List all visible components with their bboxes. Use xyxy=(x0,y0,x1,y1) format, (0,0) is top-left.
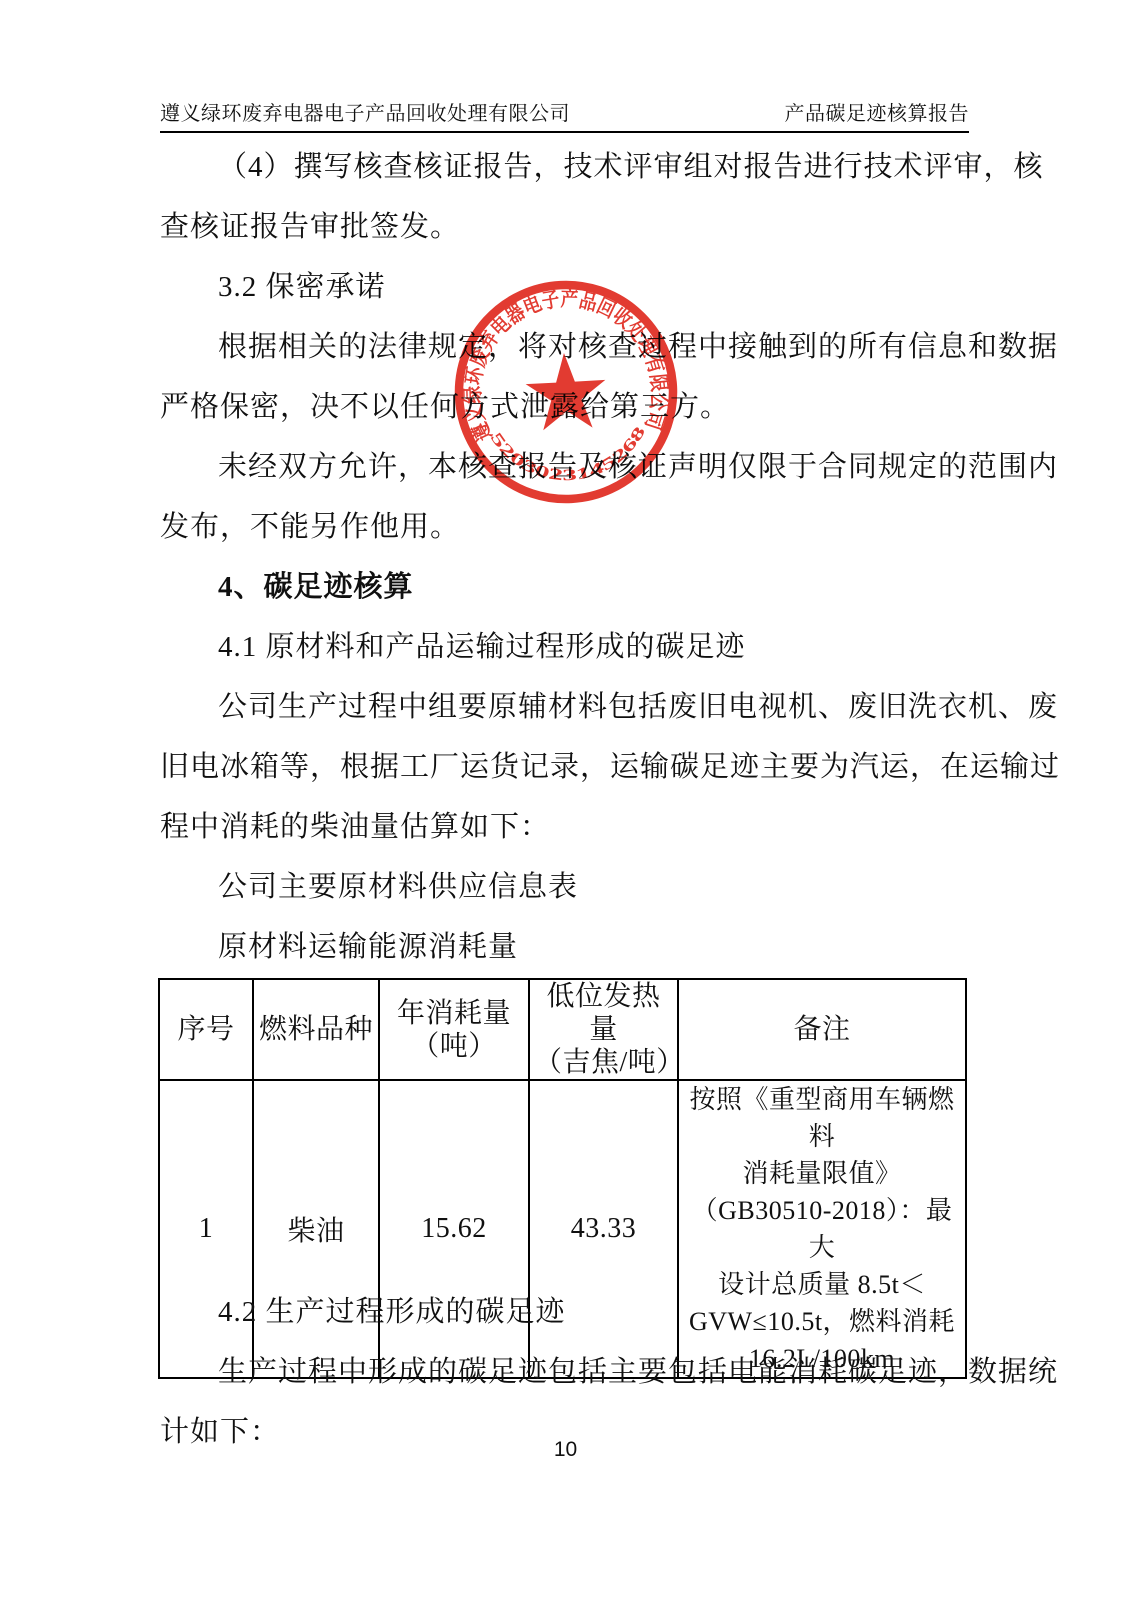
paragraph-verification-step-4: （4）撰写核查核证报告，技术评审组对报告进行技术评审，核查核证报告审批签发。 xyxy=(160,137,976,257)
seal-star-icon xyxy=(524,351,608,431)
header-company-name: 遵义绿环废弃电器电子产品回收处理有限公司 xyxy=(160,97,570,126)
page-number: 10 xyxy=(0,1438,1131,1462)
table-header-row: 序号 燃料品种 年消耗量（吨） 低位发热量（吉焦/吨） 备注 xyxy=(159,979,966,1080)
header-rule xyxy=(160,131,969,133)
col-header-annual-consumption: 年消耗量（吨） xyxy=(379,979,529,1080)
col-header-index: 序号 xyxy=(159,979,253,1080)
col-header-lower-heating-value: 低位发热量（吉焦/吨） xyxy=(529,979,678,1080)
company-seal: 遵义绿环废弃电器电子产品回收处理有限公司 5203023145268 xyxy=(442,268,690,516)
document-page: 遵义绿环废弃电器电子产品回收处理有限公司 产品碳足迹核算报告 （4）撰写核查核证… xyxy=(0,0,1131,1600)
col-header-fuel-type: 燃料品种 xyxy=(253,979,379,1080)
table-caption-energy-consumption: 原材料运输能源消耗量 xyxy=(160,917,976,977)
table-caption-supply-info: 公司主要原材料供应信息表 xyxy=(160,857,976,917)
col-header-remark: 备注 xyxy=(678,979,966,1080)
page-header: 遵义绿环废弃电器电子产品回收处理有限公司 产品碳足迹核算报告 xyxy=(160,97,969,126)
heading-4-2-production: 4.2 生产过程形成的碳足迹 xyxy=(160,1282,976,1342)
paragraph-raw-materials: 公司生产过程中组要原辅材料包括废旧电视机、废旧洗衣机、废旧电冰箱等，根据工厂运货… xyxy=(160,677,976,857)
heading-4-carbon-footprint: 4、碳足迹核算 xyxy=(160,557,976,617)
heading-4-1-transport: 4.1 原材料和产品运输过程形成的碳足迹 xyxy=(160,617,976,677)
header-report-title: 产品碳足迹核算报告 xyxy=(785,97,970,126)
